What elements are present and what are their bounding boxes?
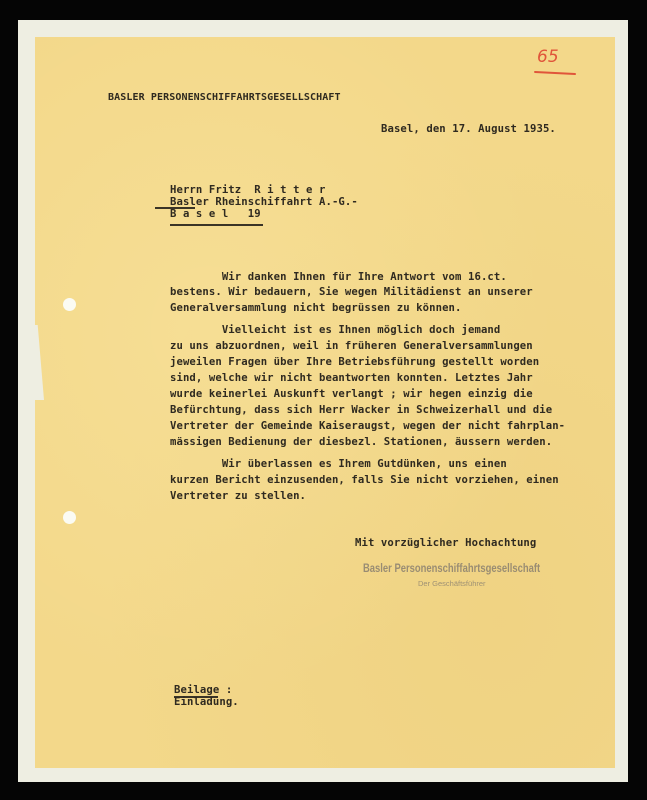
body-line: Vertreter zu stellen. bbox=[170, 490, 306, 502]
enclosure-label: Beilage : bbox=[174, 684, 232, 696]
body-line: bestens. Wir bedauern, Sie wegen Militäd… bbox=[170, 286, 533, 298]
enclosure-item: Einladung. bbox=[174, 696, 239, 708]
recipient-name: Herrn Fritz R i t t e r bbox=[170, 184, 325, 196]
page-number: 65 bbox=[537, 47, 559, 67]
company-stamp: Basler Personenschiffahrtsgesellschaft bbox=[363, 563, 540, 575]
body-line: jeweilen Fragen über Ihre Betriebsführun… bbox=[170, 356, 539, 368]
stamp-title: Der Geschäftsführer bbox=[418, 579, 486, 588]
body-line: Vertreter der Gemeinde Kaiseraugst, wege… bbox=[170, 420, 565, 432]
punch-hole-bottom bbox=[63, 511, 76, 524]
body-line: Vielleicht ist es Ihnen möglich doch jem… bbox=[170, 324, 500, 336]
closing: Mit vorzüglicher Hochachtung bbox=[355, 537, 536, 549]
recipient-underline bbox=[170, 224, 263, 226]
body-line: wurde keinerlei Auskunft verlangt ; wir … bbox=[170, 388, 533, 400]
recipient-city: B a s e l 19 bbox=[170, 208, 261, 220]
body-line: Wir überlassen es Ihrem Gutdünken, uns e… bbox=[170, 458, 507, 470]
letter-paper bbox=[35, 37, 615, 768]
body-line: Generalversammlung nicht begrüssen zu kö… bbox=[170, 302, 462, 314]
body-line: mässigen Bedienung der diesbezl. Station… bbox=[170, 436, 552, 448]
body-line: kurzen Bericht einzusenden, falls Sie ni… bbox=[170, 474, 559, 486]
letterhead: BASLER PERSONENSCHIFFAHRTSGESELLSCHAFT bbox=[108, 92, 341, 103]
recipient-company: Basler Rheinschiffahrt A.-G.- bbox=[170, 196, 358, 208]
date-line: Basel, den 17. August 1935. bbox=[381, 123, 556, 135]
body-line: Wir danken Ihnen für Ihre Antwort vom 16… bbox=[170, 271, 507, 283]
body-line: zu uns abzuordnen, weil in früheren Gene… bbox=[170, 340, 533, 352]
punch-hole-top bbox=[63, 298, 76, 311]
body-line: Befürchtung, dass sich Herr Wacker in Sc… bbox=[170, 404, 552, 416]
body-line: sind, welche wir nicht beantworten konnt… bbox=[170, 372, 533, 384]
